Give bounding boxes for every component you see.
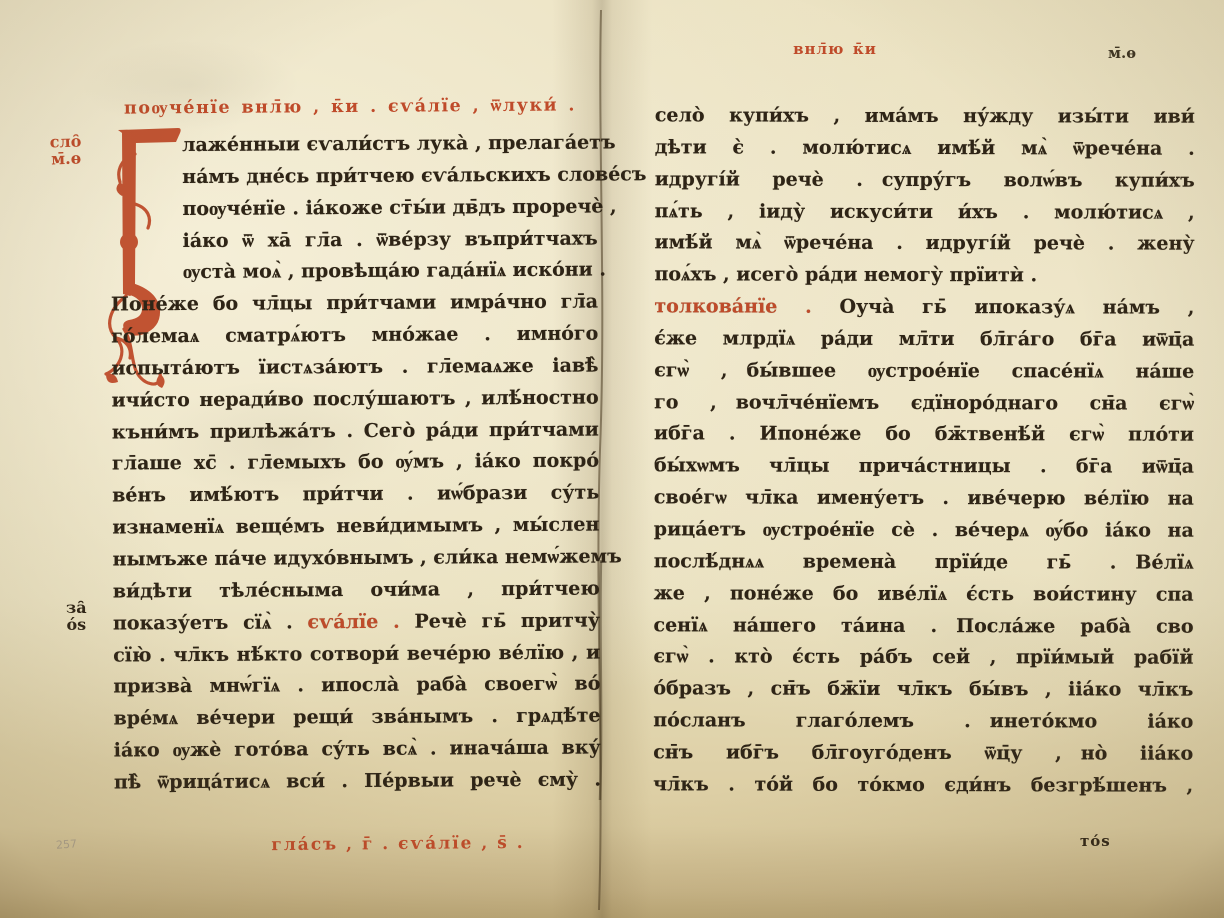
text-line: идругі́й речѐ . супру́гъ волѡ́въ купи́хъ [655,164,1195,197]
text-line: пѧ́ть , іиду̀ искуси́ти и́хъ . молю́тисѧ… [655,196,1195,229]
body-text: бы́хѡмъ чл̄цы прича́стницы . бг̄а иѿц̄а [654,455,1194,478]
text-line: же , поне́же бо иве́лїѧ є́сть вои́стину … [654,578,1194,611]
body-text: Поне́же бо чл̄цы при́тчами имра́чно гл̄а [111,291,598,316]
text-line: сїю̀ . чл̄къ нѣ́кто сотвори́ вече́рю ве́… [113,637,600,672]
body-text: о́бразъ , сн̄ъ бж̄їи чл̄къ бы́въ , ііа́к… [653,677,1193,700]
text-line: по́сланъ глаго́лемъ . инето́кмо іа́ко [653,705,1193,738]
right-running-header: внл̄ю к̄и [760,40,910,58]
text-line: ѹста̀ моѧ̀ , провѣща́ю гада́нїѧ иско́ни … [111,255,598,290]
text-line: іа́ко ѹжѐ гото́ва су́ть всѧ̀ . инача́ша … [114,733,601,768]
text-line: свое́гѡ чл̄ка имену́етъ . иве́черю ве́лї… [654,482,1194,515]
text-line: лаже́нныи єѵали́стъ лука̀ , прелага́етъ [110,128,597,163]
text-line: поѧ́хъ , исего̀ ра́ди немогу̀ прїитѝ . [654,260,1194,293]
text-line: іа́ко ѿ ха̄ гл̄а . ѿве́рзу въпри́тчахъ [111,223,598,258]
right-page-text-block: село̀ купи́хъ , има́мъ ну́жду изы́ти иви… [653,100,1195,802]
text-line: ви́дѣти тѣле́сныма очи́ма , при́тчею [113,573,600,608]
body-text: ве́нъ имѣ́ютъ при́тчи . иѡ́брази су́ть [112,482,599,507]
text-line: показу́етъ сїѧ̀ . єѵа́лїе . Речѐ гь̄ при… [113,605,600,640]
text-line: єгѡ̀ , бы́вшее ѹстрое́нїе спасе́нїѧ на́ш… [654,355,1194,388]
body-text: іа́ко ѹжѐ гото́ва су́ть всѧ̀ . инача́ша … [114,737,601,762]
body-text: поѹче́нїе . іа́коже ст̄ы́и дв̄дъ проречѐ… [182,195,616,220]
body-text: ичи́сто неради́во послу́шаютъ , илѣ́ност… [112,386,599,411]
text-line: къни́мъ прилѣжа́тъ . Сего̀ ра́ди при́тча… [112,414,599,449]
left-header-rubric: поѹче́нїе внл̄ю , к̄и . єѵа́лїе , ѿлуки́… [124,94,576,118]
text-line: пѣ̀ ѿрица́тисѧ вси́ . Пе́рвыи речѐ єму̀ … [114,764,601,799]
body-text: на́мъ дне́сь при́тчею єѵа́льскихъ слове́… [182,163,646,188]
body-text: идругі́й речѐ . супру́гъ волѡ́въ купи́хъ [655,168,1195,191]
body-text: вре́мѧ ве́чери рещи́ зва́нымъ . грѧдѣ́те [113,705,600,730]
body-text: нымъже па́че идухо́внымъ , єли́ка немѡ́ж… [113,545,622,570]
zachalo-number: о́ѕ [66,617,87,634]
body-text: поѧ́хъ , исего̀ ра́ди немогу̀ прїитѝ . [654,264,1037,287]
text-line: призва̀ мнѡ́гїѧ . ипосла̀ раба̀ своегѡ̀ … [113,669,600,704]
text-line: вре́мѧ ве́чери рещи́ зва́нымъ . грѧдѣ́те [113,701,600,736]
text-line: село̀ купи́хъ , има́мъ ну́жду изы́ти иви… [655,100,1195,133]
text-line: сн̄ъ ибг̄ъ бл̄гоуго́денъ ѿц̄у , но̀ ііа́… [653,737,1193,770]
margin-note-slovo: сло̑ м̄.ѳ [49,133,82,168]
body-text: єгѡ̀ , бы́вшее ѹстрое́нїе спасе́нїѧ на́ш… [654,359,1194,382]
body-text: чл̄къ . то́й бо то́кмо єди́нъ безгрѣ́шен… [653,773,1193,796]
body-text: ибг̄а . Ипоне́же бо бж̄твенѣ́й єгѡ̀ пло́… [654,423,1194,446]
body-text: гл̄аше хс̄ . гл̄емыхъ бо ѹ́мъ , іа́ко по… [112,450,599,475]
slovo-number: м̄.ѳ [50,150,82,168]
text-line: послѣ́днѧѧ времена̀ прїи́де гь̄ . Ве́лїѧ [654,546,1194,579]
text-line: єгѡ̀ . кто̀ є́сть ра́бъ сей , прїи́мый р… [653,642,1193,675]
text-line: толкова́нїе . Оуча̀ гь̄ ипоказу́ѧ на́мъ … [654,291,1194,324]
left-page-text-block: лаже́нныи єѵали́стъ лука̀ , прелага́етън… [110,128,601,800]
body-text: же , поне́же бо иве́лїѧ є́сть вои́стину … [654,582,1194,605]
text-line: дѣти є̀ . молю́тисѧ имѣ́й мѧ̀ ѿрече́на . [655,132,1195,165]
margin-note-zachalo: за̑ о́ѕ [66,600,87,634]
body-text: испыта́ютъ їистѧза́ютъ . гл̄емаѧже іавѣ̀ [111,354,598,379]
body-text: Речѐ гь̄ притчу̀ [414,609,600,632]
body-text: сїю̀ . чл̄къ нѣ́кто сотвори́ вече́рю ве́… [113,641,600,666]
text-line: го́лемаѧ сматрѧ́ютъ мно́жае . имно́го [111,319,598,354]
book-scan: { "colors": { "paper": "#e8dfbd", "ink":… [0,0,1224,918]
text-line: чл̄къ . то́й бо то́кмо єди́нъ безгрѣ́шен… [653,769,1193,802]
body-text: призва̀ мнѡ́гїѧ . ипосла̀ раба̀ своегѡ̀ … [113,673,600,698]
text-line: є́же млрдїѧ ра́ди мл̄ти бл̄га́го бг̄а иѿ… [654,323,1194,356]
text-line: ве́нъ имѣ́ютъ при́тчи . иѡ́брази су́ть [112,478,599,513]
body-text: ѹста̀ моѧ̀ , провѣща́ю гада́нїѧ иско́ни … [183,259,606,284]
body-text: Оуча̀ гь̄ ипоказу́ѧ на́мъ , [839,296,1194,319]
text-line: на́мъ дне́сь при́тчею єѵа́льскихъ слове́… [110,159,597,194]
body-text: къни́мъ прилѣжа́тъ . Сего̀ ра́ди при́тча… [112,418,599,443]
text-line: рица́етъ ѹстрое́нїе сѐ . ве́черѧ ѹ́бо іа… [654,514,1194,547]
text-line: имѣ́й мѧ̀ ѿрече́на . идругі́й речѐ . жен… [655,228,1195,261]
body-text: ви́дѣти тѣле́сныма очи́ма , при́тчею [113,577,600,602]
body-text: є́же млрдїѧ ра́ди мл̄ти бл̄га́го бг̄а иѿ… [654,327,1194,350]
body-text: показу́етъ сїѧ̀ . [113,611,308,634]
text-line: бы́хѡмъ чл̄цы прича́стницы . бг̄а иѿц̄а [654,451,1194,484]
body-text: пѧ́ть , іиду̀ искуси́ти и́хъ . молю́тисѧ… [655,200,1195,223]
body-text: сн̄ъ ибг̄ъ бл̄гоуго́денъ ѿц̄у , но̀ ііа́… [653,741,1193,764]
body-text: изнаменїѧ веще́мъ неви́димымъ , мы́слен [112,514,599,539]
faint-pencil-mark: 257 [56,837,78,851]
text-line: нымъже па́че идухо́внымъ , єли́ка немѡ́ж… [112,541,599,576]
body-text: єгѡ̀ . кто̀ є́сть ра́бъ сей , прїи́мый р… [653,646,1193,669]
text-line: Поне́же бо чл̄цы при́тчами имра́чно гл̄а [111,287,598,322]
body-text: рица́етъ ѹстрое́нїе сѐ . ве́черѧ ѹ́бо іа… [654,518,1194,541]
folio-number: м̄.ѳ [1108,44,1136,62]
quire-signature: то́ѕ [1080,832,1111,850]
text-line: ичи́сто неради́во послу́шаютъ , илѣ́ност… [112,382,599,417]
text-line: поѹче́нїе . іа́коже ст̄ы́и дв̄дъ проречѐ… [110,191,597,226]
text-line: испыта́ютъ їистѧза́ютъ . гл̄емаѧже іавѣ̀ [111,350,598,385]
text-line: изнаменїѧ веще́мъ неви́димымъ , мы́слен [112,510,599,545]
text-line: го , вочл̄че́нїемъ єдїноро́днаго сн̄а єг… [654,387,1194,420]
body-text: послѣ́днѧѧ времена̀ прїи́де гь̄ . Ве́лїѧ [654,550,1194,573]
rubric-text: толкова́нїе . [654,295,839,317]
body-text: го , вочл̄че́нїемъ єдїноро́днаго сн̄а єг… [654,391,1194,414]
body-text: іа́ко ѿ ха̄ гл̄а . ѿве́рзу въпри́тчахъ [183,227,598,252]
body-text: пѣ̀ ѿрица́тисѧ вси́ . Пе́рвыи речѐ єму̀ … [114,768,601,793]
text-line: о́бразъ , сн̄ъ бж̄їи чл̄къ бы́въ , ііа́к… [653,673,1193,706]
left-footer-rubric: гла́съ , г̄ . єѵа́лїе , ѕ̄ . [188,832,608,856]
body-text: лаже́нныи єѵали́стъ лука̀ , прелага́етъ [182,131,616,156]
text-line: сенїѧ на́шего та́ина . Посла́же раба̀ св… [654,610,1194,643]
body-text: го́лемаѧ сматрѧ́ютъ мно́жае . имно́го [111,323,598,348]
body-text: имѣ́й мѧ̀ ѿрече́на . идругі́й речѐ . жен… [655,232,1195,255]
text-line: гл̄аше хс̄ . гл̄емыхъ бо ѹ́мъ , іа́ко по… [112,446,599,481]
body-text: дѣти є̀ . молю́тисѧ имѣ́й мѧ̀ ѿрече́на . [655,136,1195,159]
text-line: ибг̄а . Ипоне́же бо бж̄твенѣ́й єгѡ̀ пло́… [654,419,1194,452]
body-text: свое́гѡ чл̄ка имену́етъ . иве́черю ве́лї… [654,486,1194,509]
body-text: село̀ купи́хъ , има́мъ ну́жду изы́ти иви… [655,104,1195,127]
body-text: по́сланъ глаго́лемъ . инето́кмо іа́ко [653,709,1193,732]
rubric-text: єѵа́лїе . [307,610,414,633]
body-text: сенїѧ на́шего та́ина . Посла́же раба̀ св… [654,614,1194,637]
